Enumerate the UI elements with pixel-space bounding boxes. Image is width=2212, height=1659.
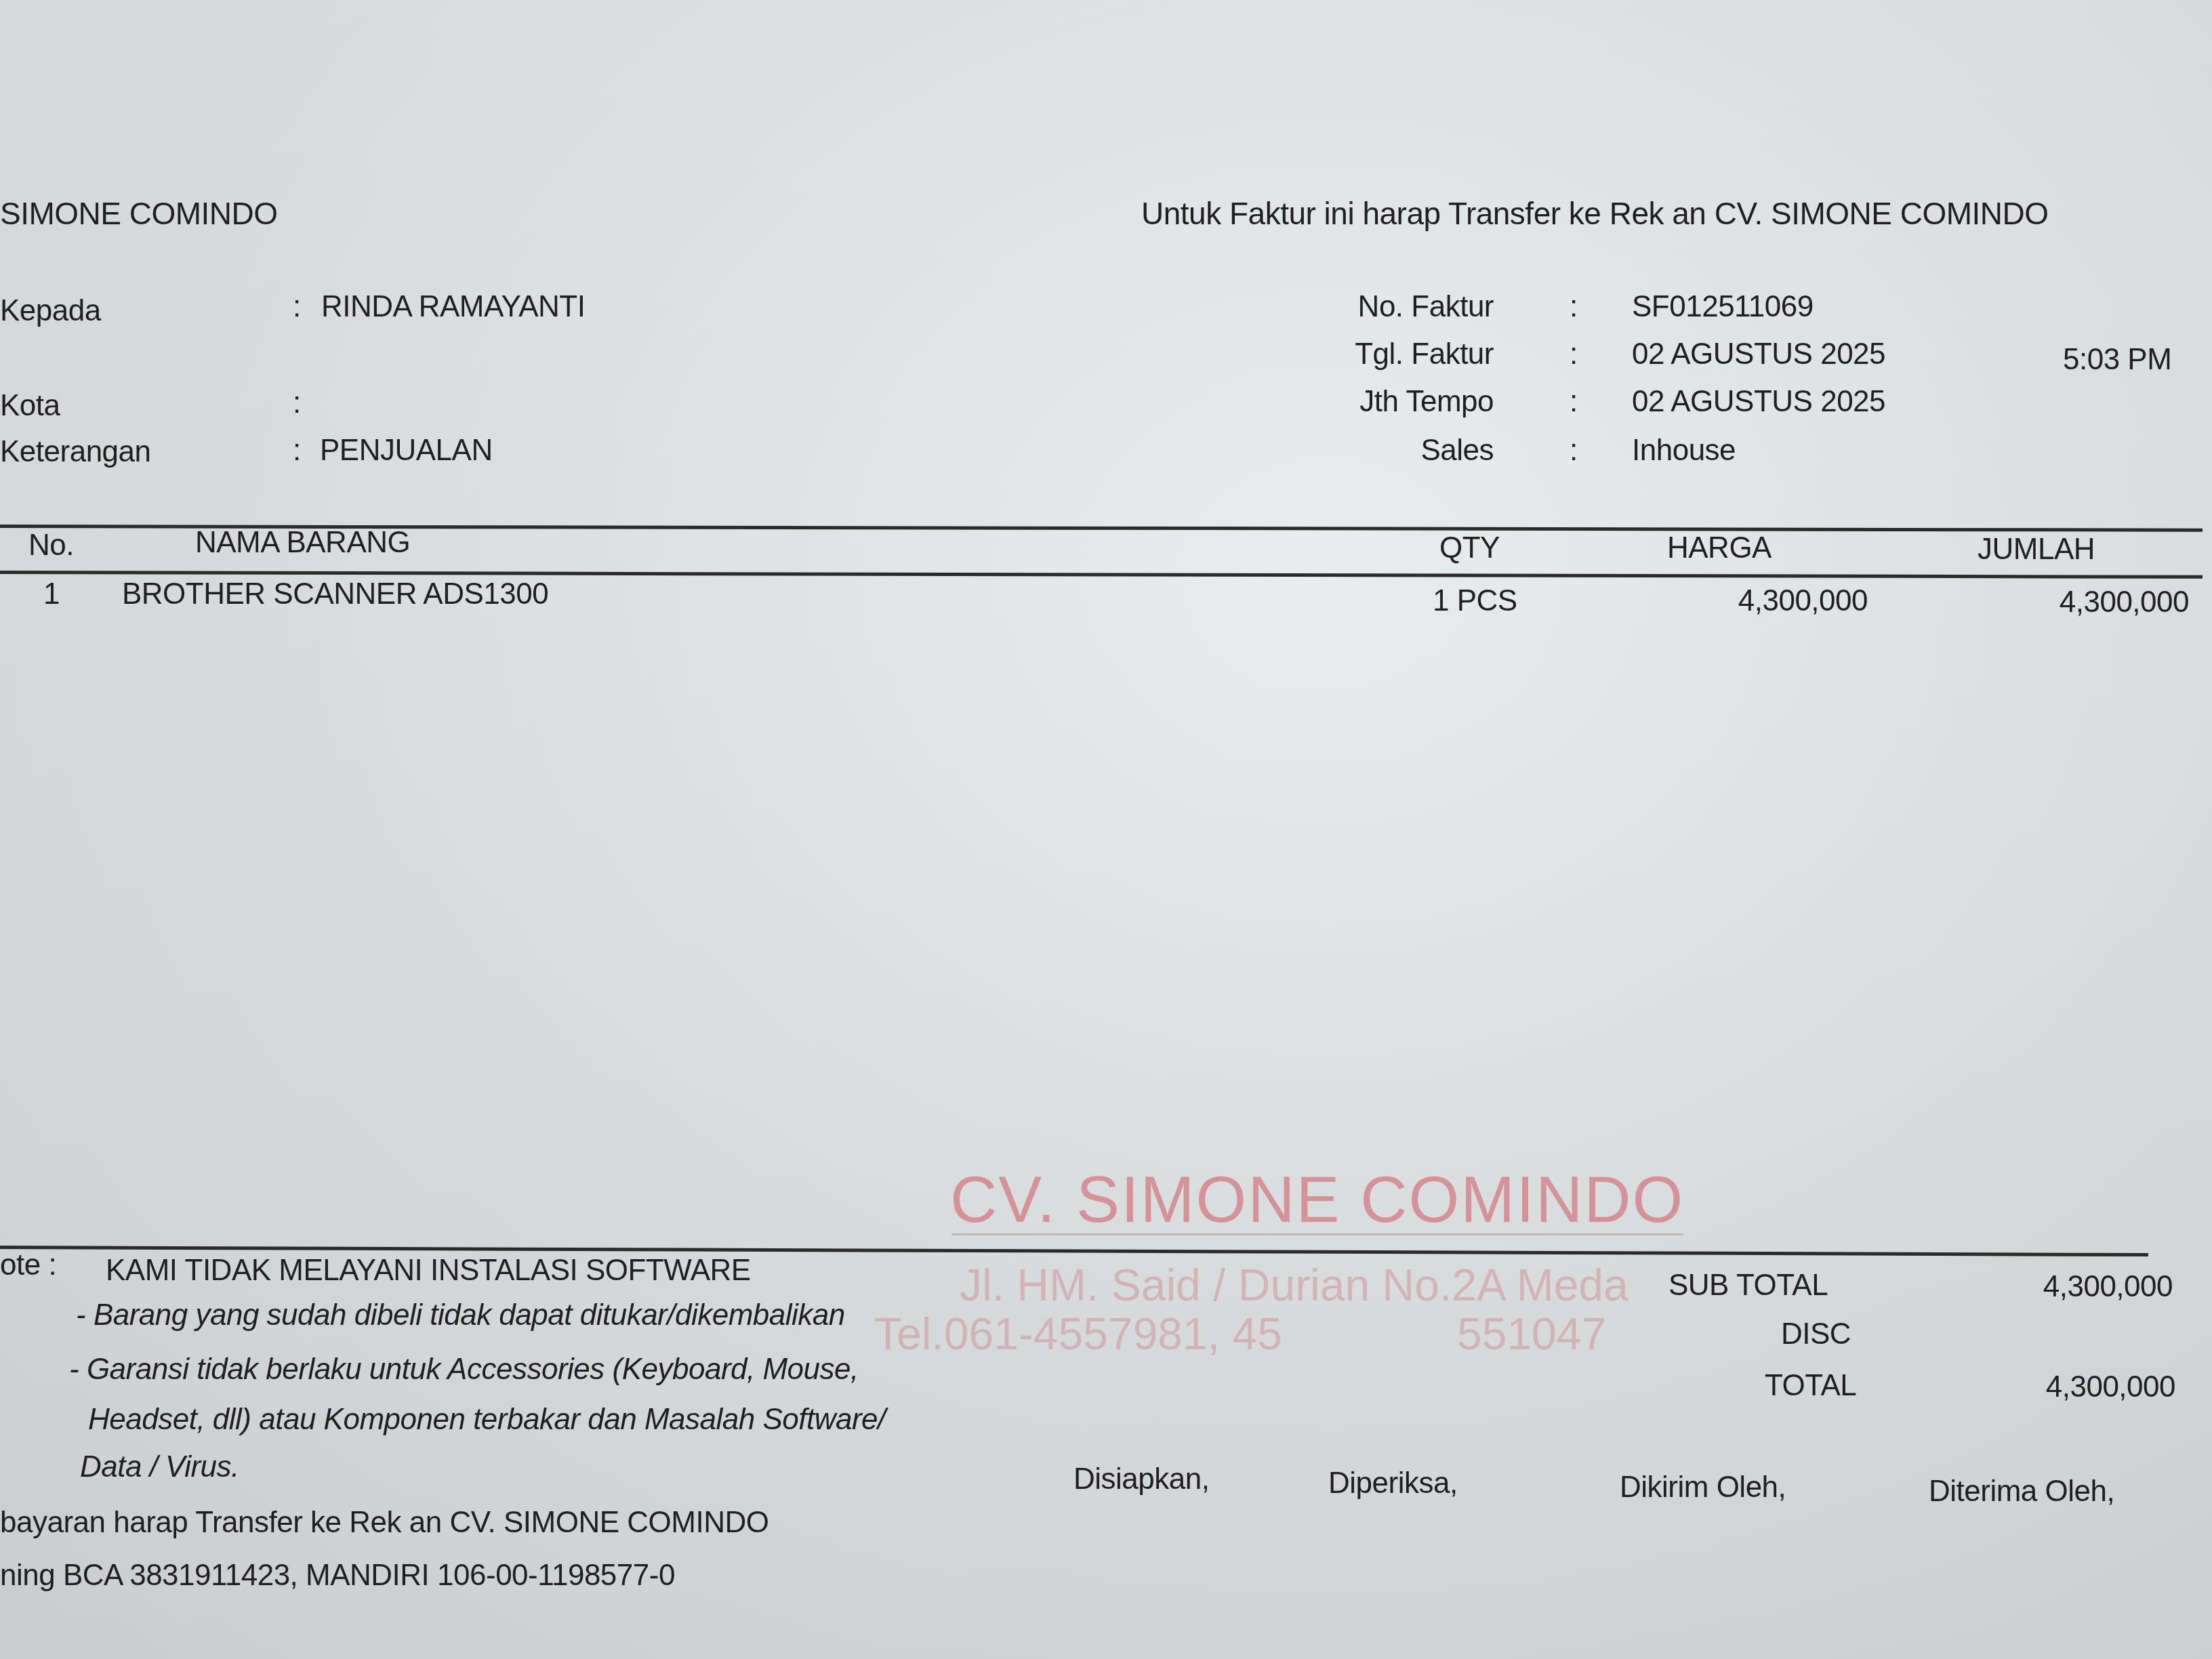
note-line-1: KAMI TIDAK MELAYANI INSTALASI SOFTWARE [106,1254,751,1288]
stamp-phone: Tel.061-4557981, 45 [874,1308,1282,1359]
kepada-separator: : [293,290,301,324]
stamp-phone-tail: 551047 [1457,1308,1606,1359]
kota-label: Kota [0,389,60,423]
kota-separator: : [293,386,301,420]
signature-diperiksa: Diperiksa, [1328,1467,1458,1500]
kepada-value: RINDA RAMAYANTI [321,290,585,324]
sales-value: Inhouse [1632,434,1736,468]
row-qty: 1 PCS [1433,584,1517,618]
col-header-qty: QTY [1439,531,1500,565]
note-label: ote : [0,1248,56,1282]
payment-line-2: ning BCA 3831911423, MANDIRI 106-00-1198… [0,1559,675,1593]
jth-tempo-value: 02 AGUSTUS 2025 [1632,385,1885,419]
note-line-4: Headset, dll) atau Komponen terbakar dan… [88,1403,886,1437]
kepada-label: Kepada [0,294,101,328]
total-value: 4,300,000 [1965,1370,2175,1404]
tgl-faktur-separator: : [1570,337,1578,371]
tgl-faktur-value: 02 AGUSTUS 2025 [1632,337,1885,371]
note-line-5: Data / Virus. [80,1450,239,1484]
jth-tempo-label: Jth Tempo [1288,385,1494,419]
col-header-jumlah: JUMLAH [1978,533,2095,567]
row-harga: 4,300,000 [1626,584,1868,618]
note-line-2: - Barang yang sudah dibeli tidak dapat d… [76,1298,845,1332]
stamp-underline [951,1233,1683,1235]
signature-disiapkan: Disiapkan, [1073,1462,1209,1496]
invoice-time: 5:03 PM [2063,343,2171,377]
tgl-faktur-label: Tgl. Faktur [1288,337,1494,371]
stamp-address: Jl. HM. Said / Durian No.2A Meda [960,1259,1629,1311]
subtotal-value: 4,300,000 [1965,1270,2173,1304]
row-jumlah: 4,300,000 [1952,586,2189,619]
invoice-paper: SIMONE COMINDO Untuk Faktur ini harap Tr… [0,0,2212,1659]
sales-label: Sales [1288,434,1494,468]
note-line-3: - Garansi tidak berlaku untuk Accessorie… [69,1353,859,1387]
company-stamp-title: CV. SIMONE COMINDO [950,1163,1684,1237]
col-header-no: No. [28,529,74,562]
keterangan-value: PENJUALAN [320,434,493,468]
row-no: 1 [43,577,60,611]
jth-tempo-separator: : [1570,385,1578,419]
no-faktur-separator: : [1570,290,1578,324]
keterangan-label: Keterangan [0,435,151,469]
no-faktur-value: SF012511069 [1632,290,1814,324]
col-header-harga: HARGA [1667,531,1771,565]
sales-separator: : [1570,434,1578,468]
col-header-nama-barang: NAMA BARANG [195,526,410,560]
signature-diterima-oleh: Diterima Oleh, [1929,1475,2114,1509]
transfer-notice: Untuk Faktur ini harap Transfer ke Rek a… [1141,195,2049,232]
total-label: TOTAL [1765,1369,1856,1403]
payment-line-1: bayaran harap Transfer ke Rek an CV. SIM… [0,1506,769,1540]
disc-label: DISC [1781,1317,1851,1351]
company-name: SIMONE COMINDO [0,195,278,232]
signature-dikirim-oleh: Dikirim Oleh, [1620,1471,1786,1504]
row-nama-barang: BROTHER SCANNER ADS1300 [122,577,548,611]
subtotal-label: SUB TOTAL [1668,1269,1828,1303]
no-faktur-label: No. Faktur [1288,290,1494,324]
keterangan-separator: : [293,434,301,468]
